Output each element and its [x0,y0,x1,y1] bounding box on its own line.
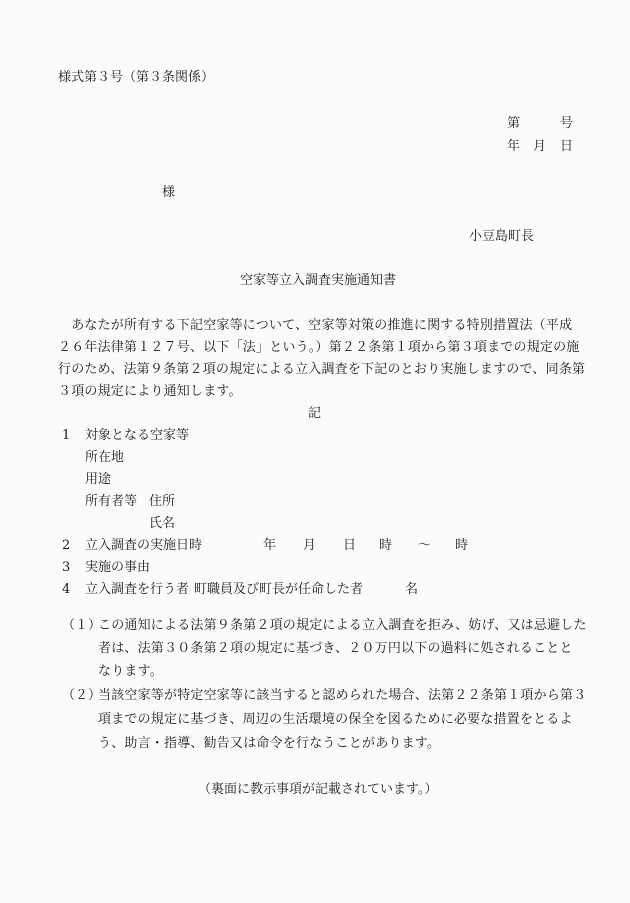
item-label: 対象となる空家等 [85,428,189,444]
item-number: 1 [62,428,70,444]
document-number-suffix: 号 [560,116,573,132]
owner-label: 所有者等 [85,494,137,510]
date-year-unit: 年 [263,538,276,554]
note-marker: （１） [62,618,101,634]
body-line: ２６年法律第１２７号、以下「法」という。）第２２条第１項から第３項までの規定の施 [58,340,580,356]
note-line: 当該空家等が特定空家等に該当すると認められた場合、法第２２条第１項から第３ [98,688,586,704]
note-line: 項までの規定に基づき、周辺の生活環境の保全を図るために必要な措置をとるよ [98,712,573,728]
range-tilde: ～ [418,538,431,554]
item-label: 立入調査の実施日時 [85,538,202,554]
note-line: この通知による法第９条第２項の規定による立入調査を拒み、妨げ、又は忌避した [98,618,587,634]
date-year: 年 [507,139,520,155]
item-number: 2 [62,538,70,554]
item-label: 立入調査を行う者 [85,582,189,598]
ki-heading: 記 [308,406,321,422]
owner-address-label: 住所 [149,494,175,510]
date-day-unit: 日 [343,538,356,554]
usage-label: 用途 [85,472,111,488]
note-marker: （２） [62,688,101,704]
location-label: 所在地 [85,450,124,466]
hour-to-unit: 時 [455,538,468,554]
note-line: なります。 [98,664,163,680]
body-line: ３項の規定により通知します。 [58,384,242,400]
note-line: う、助言・指導、勧告又は命令を行なうことがあります。 [98,736,440,752]
addressee-suffix: 様 [162,185,175,201]
item-number: 3 [62,560,70,576]
item-value: 町職員及び町長が任命した者 [194,582,363,598]
note-line: 者は、法第３０条第２項の規定に基づき、２０万円以下の過料に処されることと [98,641,573,657]
body-line: あなたが所有する下記空家等について、空家等対策の推進に関する特別措置法（平成 [58,318,572,334]
footer-note: （裏面に教示事項が記載されています。） [198,782,437,798]
form-label: 様式第３号（第３条関係） [58,70,214,86]
body-line: 行のため、法第９条第２項の規定による立入調査を下記のとおり実施しますので、同条第 [58,362,585,378]
hour-from-unit: 時 [379,538,392,554]
date-month: 月 [533,139,546,155]
sender-name: 小豆島町長 [469,229,534,245]
date-month-unit: 月 [303,538,316,554]
item-unit: 名 [405,582,418,598]
date-day: 日 [560,139,573,155]
document-number-prefix: 第 [507,116,520,132]
document-title: 空家等立入調査実施通知書 [240,273,396,289]
item-number: 4 [62,582,70,598]
item-label: 実施の事由 [85,560,150,576]
owner-name-label: 氏名 [149,516,175,532]
